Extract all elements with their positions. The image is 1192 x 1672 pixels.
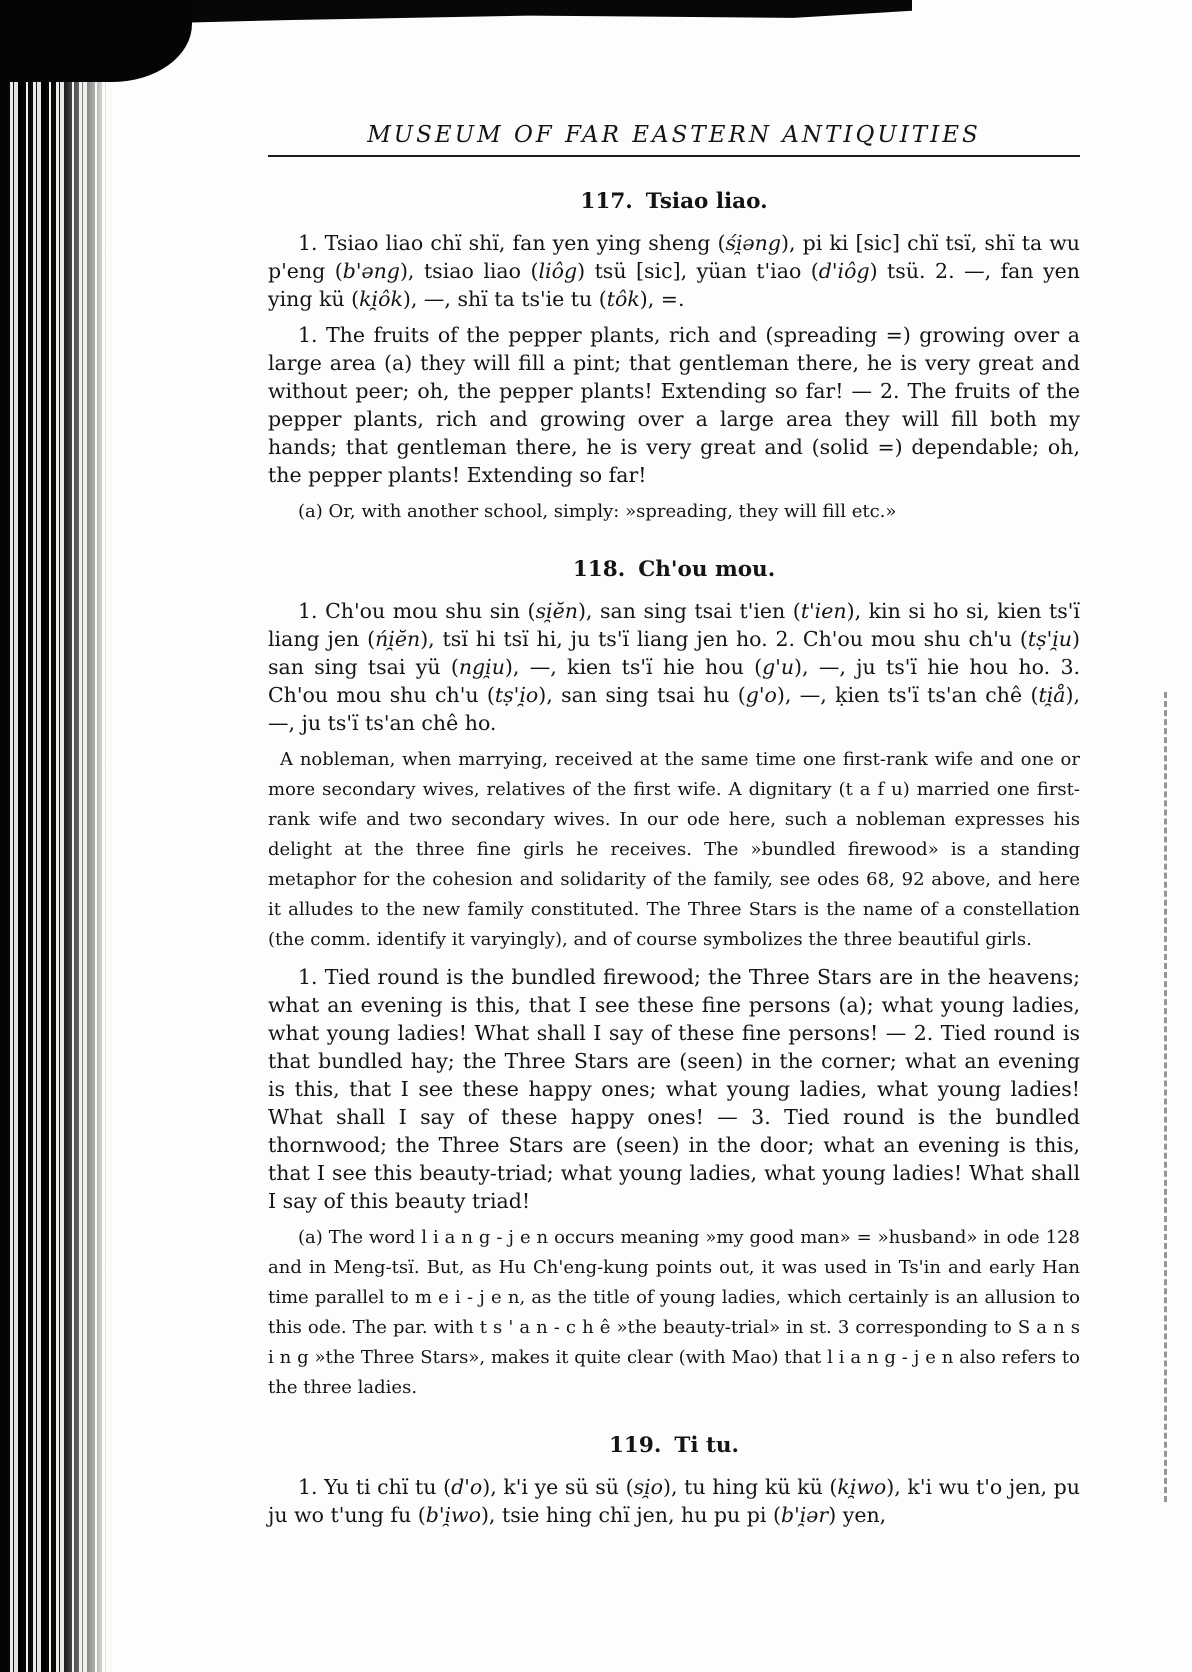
- ode-117-title: Tsiao liao.: [646, 189, 768, 214]
- ode-117-heading: 117.Tsiao liao.: [268, 189, 1080, 214]
- ode-119-heading: 119.Ti tu.: [268, 1433, 1080, 1458]
- scan-spine-artifact: [0, 0, 112, 1672]
- ode-119-number: 119.: [609, 1433, 661, 1458]
- page-content: MUSEUM OF FAR EASTERN ANTIQUITIES 117.Ts…: [268, 0, 1080, 1537]
- ode-118-title: Ch'ou mou.: [638, 557, 775, 582]
- book-page: MUSEUM OF FAR EASTERN ANTIQUITIES 117.Ts…: [0, 0, 1192, 1672]
- running-header: MUSEUM OF FAR EASTERN ANTIQUITIES: [268, 122, 1080, 148]
- ode-118-translation: 1. Tied round is the bundled firewood; t…: [268, 963, 1080, 1215]
- ode-118-number: 118.: [573, 557, 625, 582]
- scan-corner-blob-artifact: [0, 0, 192, 82]
- ode-117-number: 117.: [580, 189, 632, 214]
- ode-118-commentary: A nobleman, when marrying, received at t…: [268, 745, 1080, 955]
- ode-119-title: Ti tu.: [674, 1433, 739, 1458]
- ode-118-heading: 118.Ch'ou mou.: [268, 557, 1080, 582]
- ode-117-footnote: (a) Or, with another school, simply: »sp…: [268, 497, 1080, 527]
- header-rule: [268, 155, 1080, 157]
- ode-118-transliteration: 1. Ch'ou mou shu sin (si̯ĕn), san sing t…: [268, 597, 1080, 737]
- ode-118-footnote: (a) The word l i a n g - j e n occurs me…: [268, 1223, 1080, 1403]
- ode-117-translation: 1. The fruits of the pepper plants, rich…: [268, 321, 1080, 489]
- scan-dashed-line-artifact: [1164, 692, 1167, 1502]
- ode-117-transliteration: 1. Tsiao liao chï shï, fan yen ying shen…: [268, 229, 1080, 313]
- ode-119-transliteration: 1. Yu ti chï tu (d'o), k'i ye sü sü (si̯…: [268, 1473, 1080, 1529]
